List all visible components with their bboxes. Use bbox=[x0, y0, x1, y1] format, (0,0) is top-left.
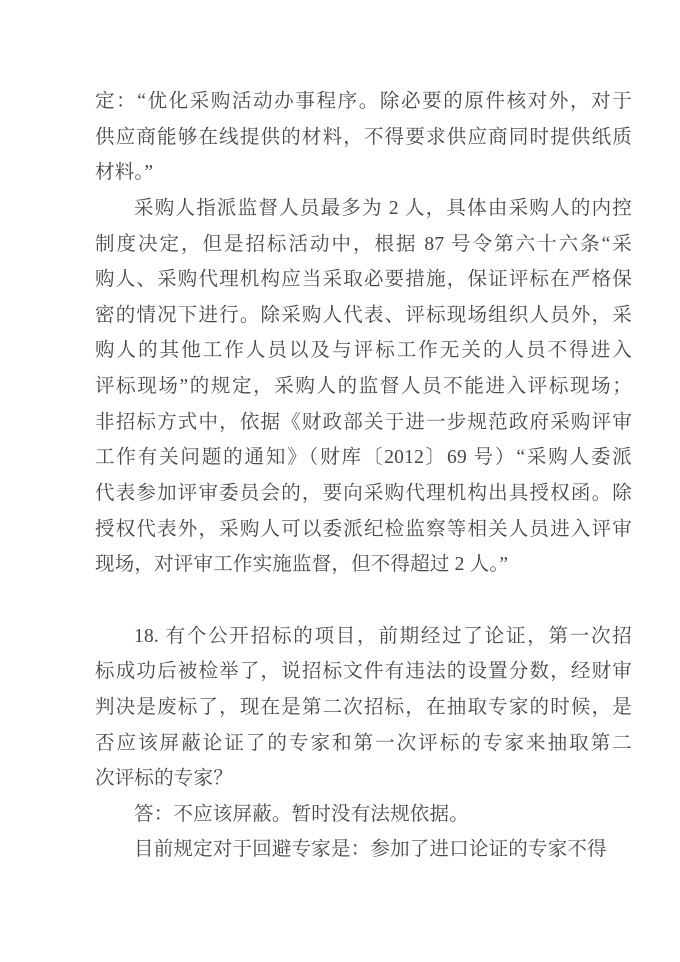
blank-line bbox=[95, 583, 632, 619]
document-text-block: 定：“优化采购活动办事程序。除必要的原件核对外，对于 供应商能够在线提供的材料，… bbox=[95, 84, 632, 868]
text-line-21: 答：不应该屏蔽。暂时没有法规依据。 bbox=[95, 797, 632, 833]
text-line-02: 供应商能够在线提供的材料，不得要求供应商同时提供纸质 bbox=[95, 120, 632, 156]
text-line-14: 现场，对评审工作实施监督，但不得超过 2 人。” bbox=[95, 547, 632, 583]
text-line-08: 购人的其他工作人员以及与评标工作无关的人员不得进入 bbox=[95, 333, 632, 369]
text-line-01: 定：“优化采购活动办事程序。除必要的原件核对外，对于 bbox=[95, 84, 632, 120]
text-line-10: 非招标方式中，依据《财政部关于进一步规范政府采购评审 bbox=[95, 405, 632, 441]
text-line-19: 否应该屏蔽论证了的专家和第一次评标的专家来抽取第二 bbox=[95, 726, 632, 762]
text-line-13: 授权代表外，采购人可以委派纪检监察等相关人员进入评审 bbox=[95, 512, 632, 548]
text-line-17: 标成功后被检举了，说招标文件有违法的设置分数，经财审 bbox=[95, 654, 632, 690]
text-line-04: 采购人指派监督人员最多为 2 人，具体由采购人的内控 bbox=[95, 191, 632, 227]
text-line-09: 评标现场”的规定，采购人的监督人员不能进入评标现场； bbox=[95, 369, 632, 405]
text-line-12: 代表参加评审委员会的，要向采购代理机构出具授权函。除 bbox=[95, 476, 632, 512]
text-line-18: 判决是废标了，现在是第二次招标，在抽取专家的时候，是 bbox=[95, 690, 632, 726]
text-line-22: 目前规定对于回避专家是：参加了进口论证的专家不得 bbox=[95, 832, 632, 868]
text-line-11: 工作有关问题的通知》（财库〔2012〕69 号）“采购人委派 bbox=[95, 440, 632, 476]
text-line-05: 制度决定，但是招标活动中，根据 87 号令第六十六条“采 bbox=[95, 227, 632, 263]
text-line-07: 密的情况下进行。除采购人代表、评标现场组织人员外，采 bbox=[95, 298, 632, 334]
document-page: 定：“优化采购活动办事程序。除必要的原件核对外，对于 供应商能够在线提供的材料，… bbox=[0, 0, 680, 962]
text-line-03: 材料。” bbox=[95, 155, 632, 191]
text-line-20: 次评标的专家？ bbox=[95, 761, 632, 797]
text-line-06: 购人、采购代理机构应当采取必要措施，保证评标在严格保 bbox=[95, 262, 632, 298]
text-line-16: 18. 有个公开招标的项目，前期经过了论证，第一次招 bbox=[95, 619, 632, 655]
